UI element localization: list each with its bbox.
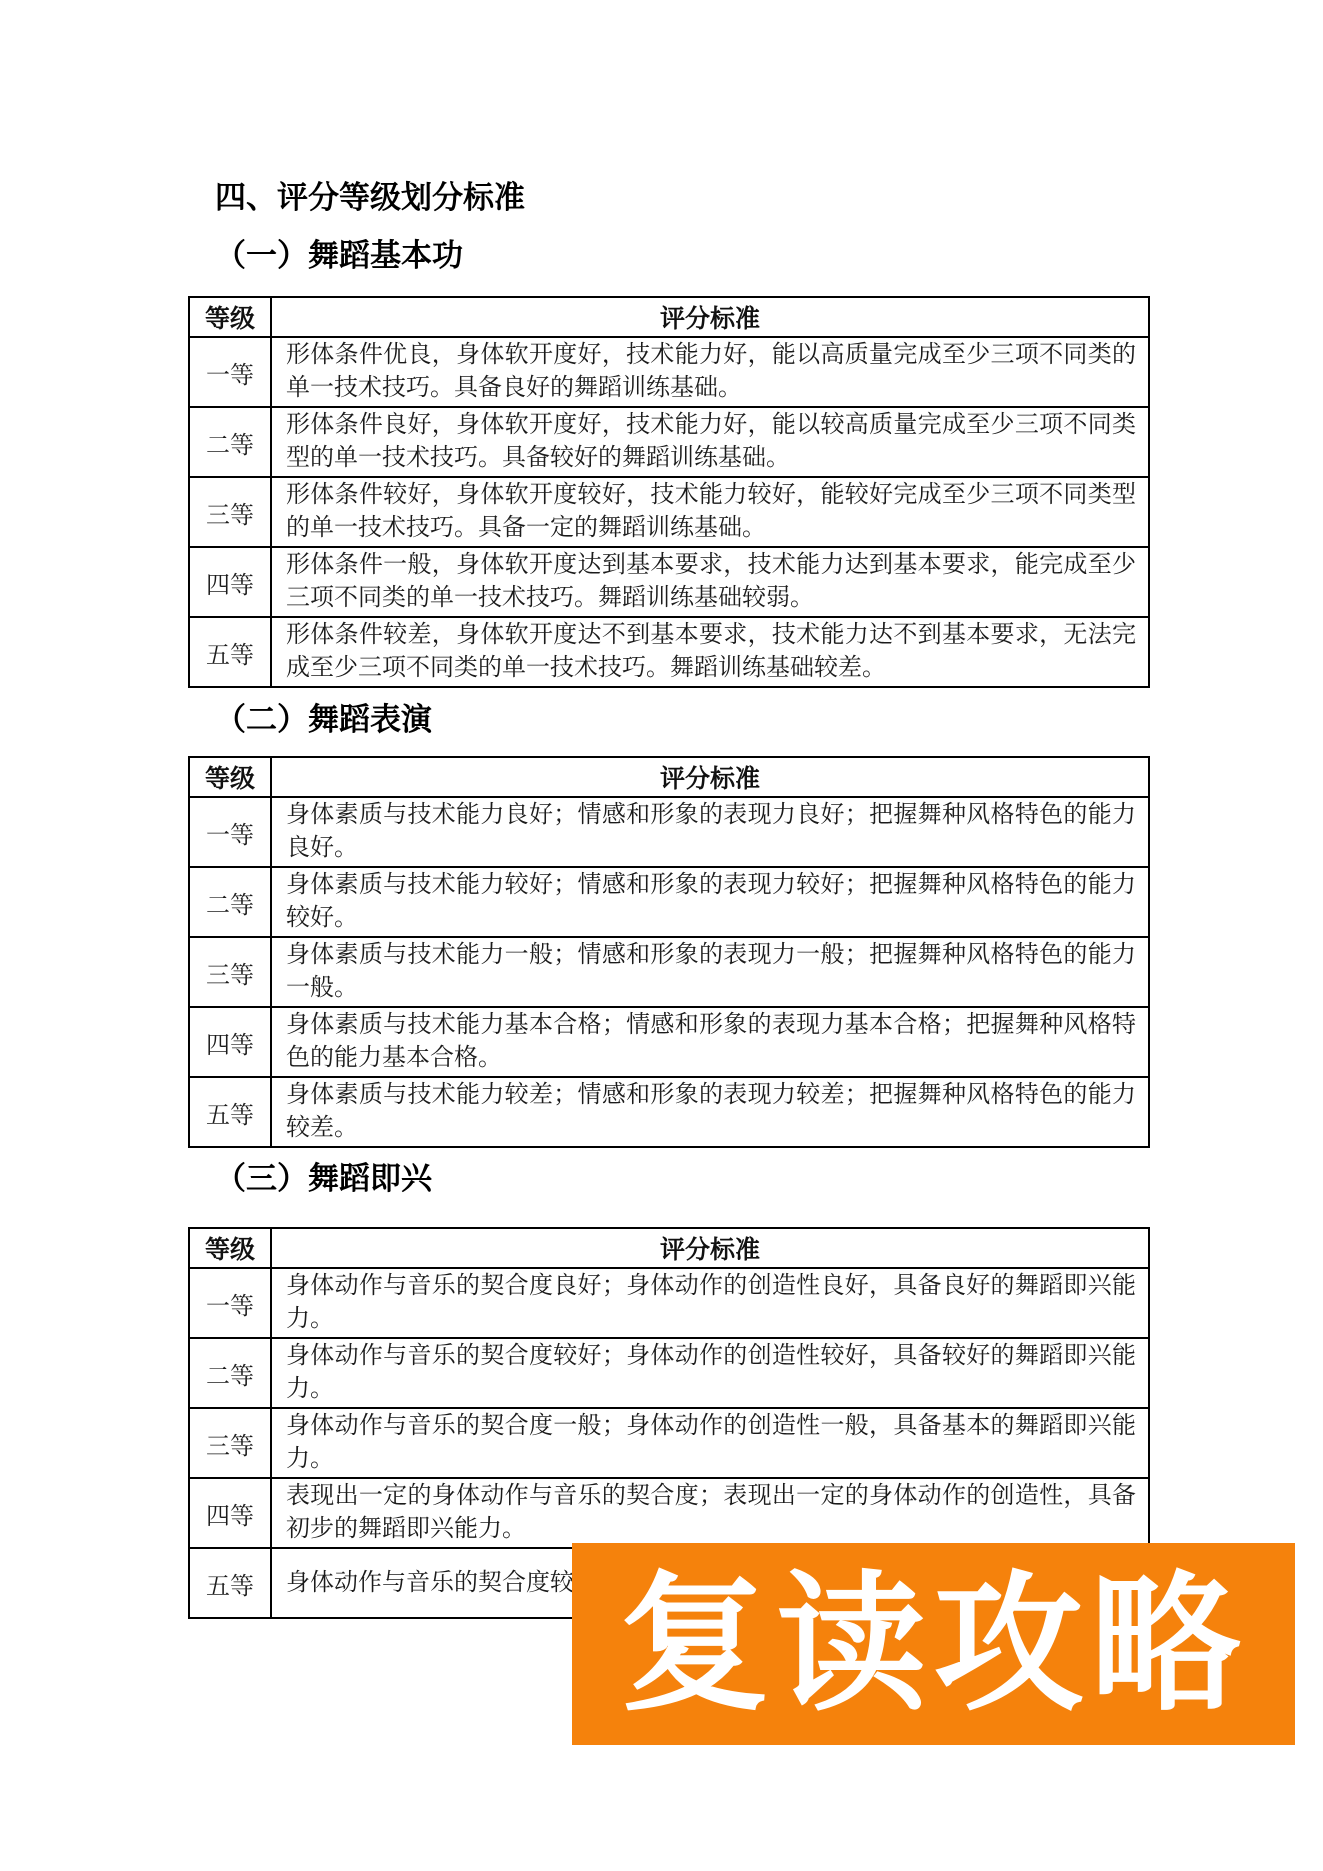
watermark-banner: 复读攻略 (572, 1543, 1295, 1745)
table-header-row: 等级 评分标准 (189, 297, 1149, 337)
standard-cell: 身体素质与技术能力较差；情感和形象的表现力较差；把握舞种风格特色的能力较差。 (271, 1077, 1149, 1147)
standard-cell: 身体素质与技术能力良好；情感和形象的表现力良好；把握舞种风格特色的能力良好。 (271, 797, 1149, 867)
grade-cell: 四等 (189, 547, 271, 617)
column-header-standard: 评分标准 (271, 757, 1149, 797)
watermark-text: 复读攻略 (619, 1569, 1247, 1719)
grade-cell: 五等 (189, 617, 271, 687)
grade-cell: 一等 (189, 797, 271, 867)
standard-cell: 身体动作与音乐的契合度一般；身体动作的创造性一般，具备基本的舞蹈即兴能力。 (271, 1408, 1149, 1478)
table-row: 一等 身体素质与技术能力良好；情感和形象的表现力良好；把握舞种风格特色的能力良好… (189, 797, 1149, 867)
grade-cell: 三等 (189, 477, 271, 547)
document-page: 四、评分等级划分标准 （一）舞蹈基本功 等级 评分标准 一等 形体条件优良，身体… (0, 0, 1323, 1871)
table-row: 五等 形体条件较差，身体软开度达不到基本要求，技术能力达不到基本要求，无法完成至… (189, 617, 1149, 687)
table-performance: 等级 评分标准 一等 身体素质与技术能力良好；情感和形象的表现力良好；把握舞种风… (188, 756, 1150, 1148)
grade-cell: 二等 (189, 1338, 271, 1408)
grade-cell: 一等 (189, 337, 271, 407)
column-header-grade: 等级 (189, 297, 271, 337)
standard-cell: 形体条件较好，身体软开度较好，技术能力较好，能较好完成至少三项不同类型的单一技术… (271, 477, 1149, 547)
grade-cell: 二等 (189, 867, 271, 937)
standard-cell: 身体素质与技术能力较好；情感和形象的表现力较好；把握舞种风格特色的能力较好。 (271, 867, 1149, 937)
standard-cell: 形体条件良好，身体软开度好，技术能力好，能以较高质量完成至少三项不同类型的单一技… (271, 407, 1149, 477)
column-header-standard: 评分标准 (271, 1228, 1149, 1268)
standard-cell: 表现出一定的身体动作与音乐的契合度；表现出一定的身体动作的创造性，具备初步的舞蹈… (271, 1478, 1149, 1548)
column-header-grade: 等级 (189, 1228, 271, 1268)
grade-cell: 四等 (189, 1478, 271, 1548)
standard-cell: 形体条件较差，身体软开度达不到基本要求，技术能力达不到基本要求，无法完成至少三项… (271, 617, 1149, 687)
table-row: 一等 形体条件优良，身体软开度好，技术能力好，能以高质量完成至少三项不同类的单一… (189, 337, 1149, 407)
section-heading-improvisation: （三）舞蹈即兴 (215, 1153, 432, 1198)
standard-cell: 身体素质与技术能力一般；情感和形象的表现力一般；把握舞种风格特色的能力一般。 (271, 937, 1149, 1007)
grade-cell: 三等 (189, 1408, 271, 1478)
grade-cell: 三等 (189, 937, 271, 1007)
table-row: 一等 身体动作与音乐的契合度良好；身体动作的创造性良好，具备良好的舞蹈即兴能力。 (189, 1268, 1149, 1338)
standard-cell: 形体条件一般，身体软开度达到基本要求，技术能力达到基本要求，能完成至少三项不同类… (271, 547, 1149, 617)
grade-cell: 四等 (189, 1007, 271, 1077)
table-row: 四等 形体条件一般，身体软开度达到基本要求，技术能力达到基本要求，能完成至少三项… (189, 547, 1149, 617)
standard-cell: 身体动作与音乐的契合度良好；身体动作的创造性良好，具备良好的舞蹈即兴能力。 (271, 1268, 1149, 1338)
grade-cell: 一等 (189, 1268, 271, 1338)
table-row: 四等 身体素质与技术能力基本合格；情感和形象的表现力基本合格；把握舞种风格特色的… (189, 1007, 1149, 1077)
table-row: 二等 身体动作与音乐的契合度较好；身体动作的创造性较好，具备较好的舞蹈即兴能力。 (189, 1338, 1149, 1408)
standard-cell: 形体条件优良，身体软开度好，技术能力好，能以高质量完成至少三项不同类的单一技术技… (271, 337, 1149, 407)
grade-cell: 五等 (189, 1548, 271, 1618)
page-title: 四、评分等级划分标准 (215, 172, 525, 217)
table-row: 二等 身体素质与技术能力较好；情感和形象的表现力较好；把握舞种风格特色的能力较好… (189, 867, 1149, 937)
table-row: 五等 身体素质与技术能力较差；情感和形象的表现力较差；把握舞种风格特色的能力较差… (189, 1077, 1149, 1147)
section-heading-basic-skills: （一）舞蹈基本功 (215, 230, 463, 275)
section-heading-performance: （二）舞蹈表演 (215, 694, 432, 739)
standard-cell: 身体动作与音乐的契合度较好；身体动作的创造性较好，具备较好的舞蹈即兴能力。 (271, 1338, 1149, 1408)
table-header-row: 等级 评分标准 (189, 1228, 1149, 1268)
table-row: 三等 形体条件较好，身体软开度较好，技术能力较好，能较好完成至少三项不同类型的单… (189, 477, 1149, 547)
standard-cell: 身体素质与技术能力基本合格；情感和形象的表现力基本合格；把握舞种风格特色的能力基… (271, 1007, 1149, 1077)
column-header-standard: 评分标准 (271, 297, 1149, 337)
grade-cell: 二等 (189, 407, 271, 477)
column-header-grade: 等级 (189, 757, 271, 797)
table-row: 二等 形体条件良好，身体软开度好，技术能力好，能以较高质量完成至少三项不同类型的… (189, 407, 1149, 477)
table-row: 三等 身体素质与技术能力一般；情感和形象的表现力一般；把握舞种风格特色的能力一般… (189, 937, 1149, 1007)
table-row: 三等 身体动作与音乐的契合度一般；身体动作的创造性一般，具备基本的舞蹈即兴能力。 (189, 1408, 1149, 1478)
table-row: 四等 表现出一定的身体动作与音乐的契合度；表现出一定的身体动作的创造性，具备初步… (189, 1478, 1149, 1548)
grade-cell: 五等 (189, 1077, 271, 1147)
table-header-row: 等级 评分标准 (189, 757, 1149, 797)
table-basic-skills: 等级 评分标准 一等 形体条件优良，身体软开度好，技术能力好，能以高质量完成至少… (188, 296, 1150, 688)
